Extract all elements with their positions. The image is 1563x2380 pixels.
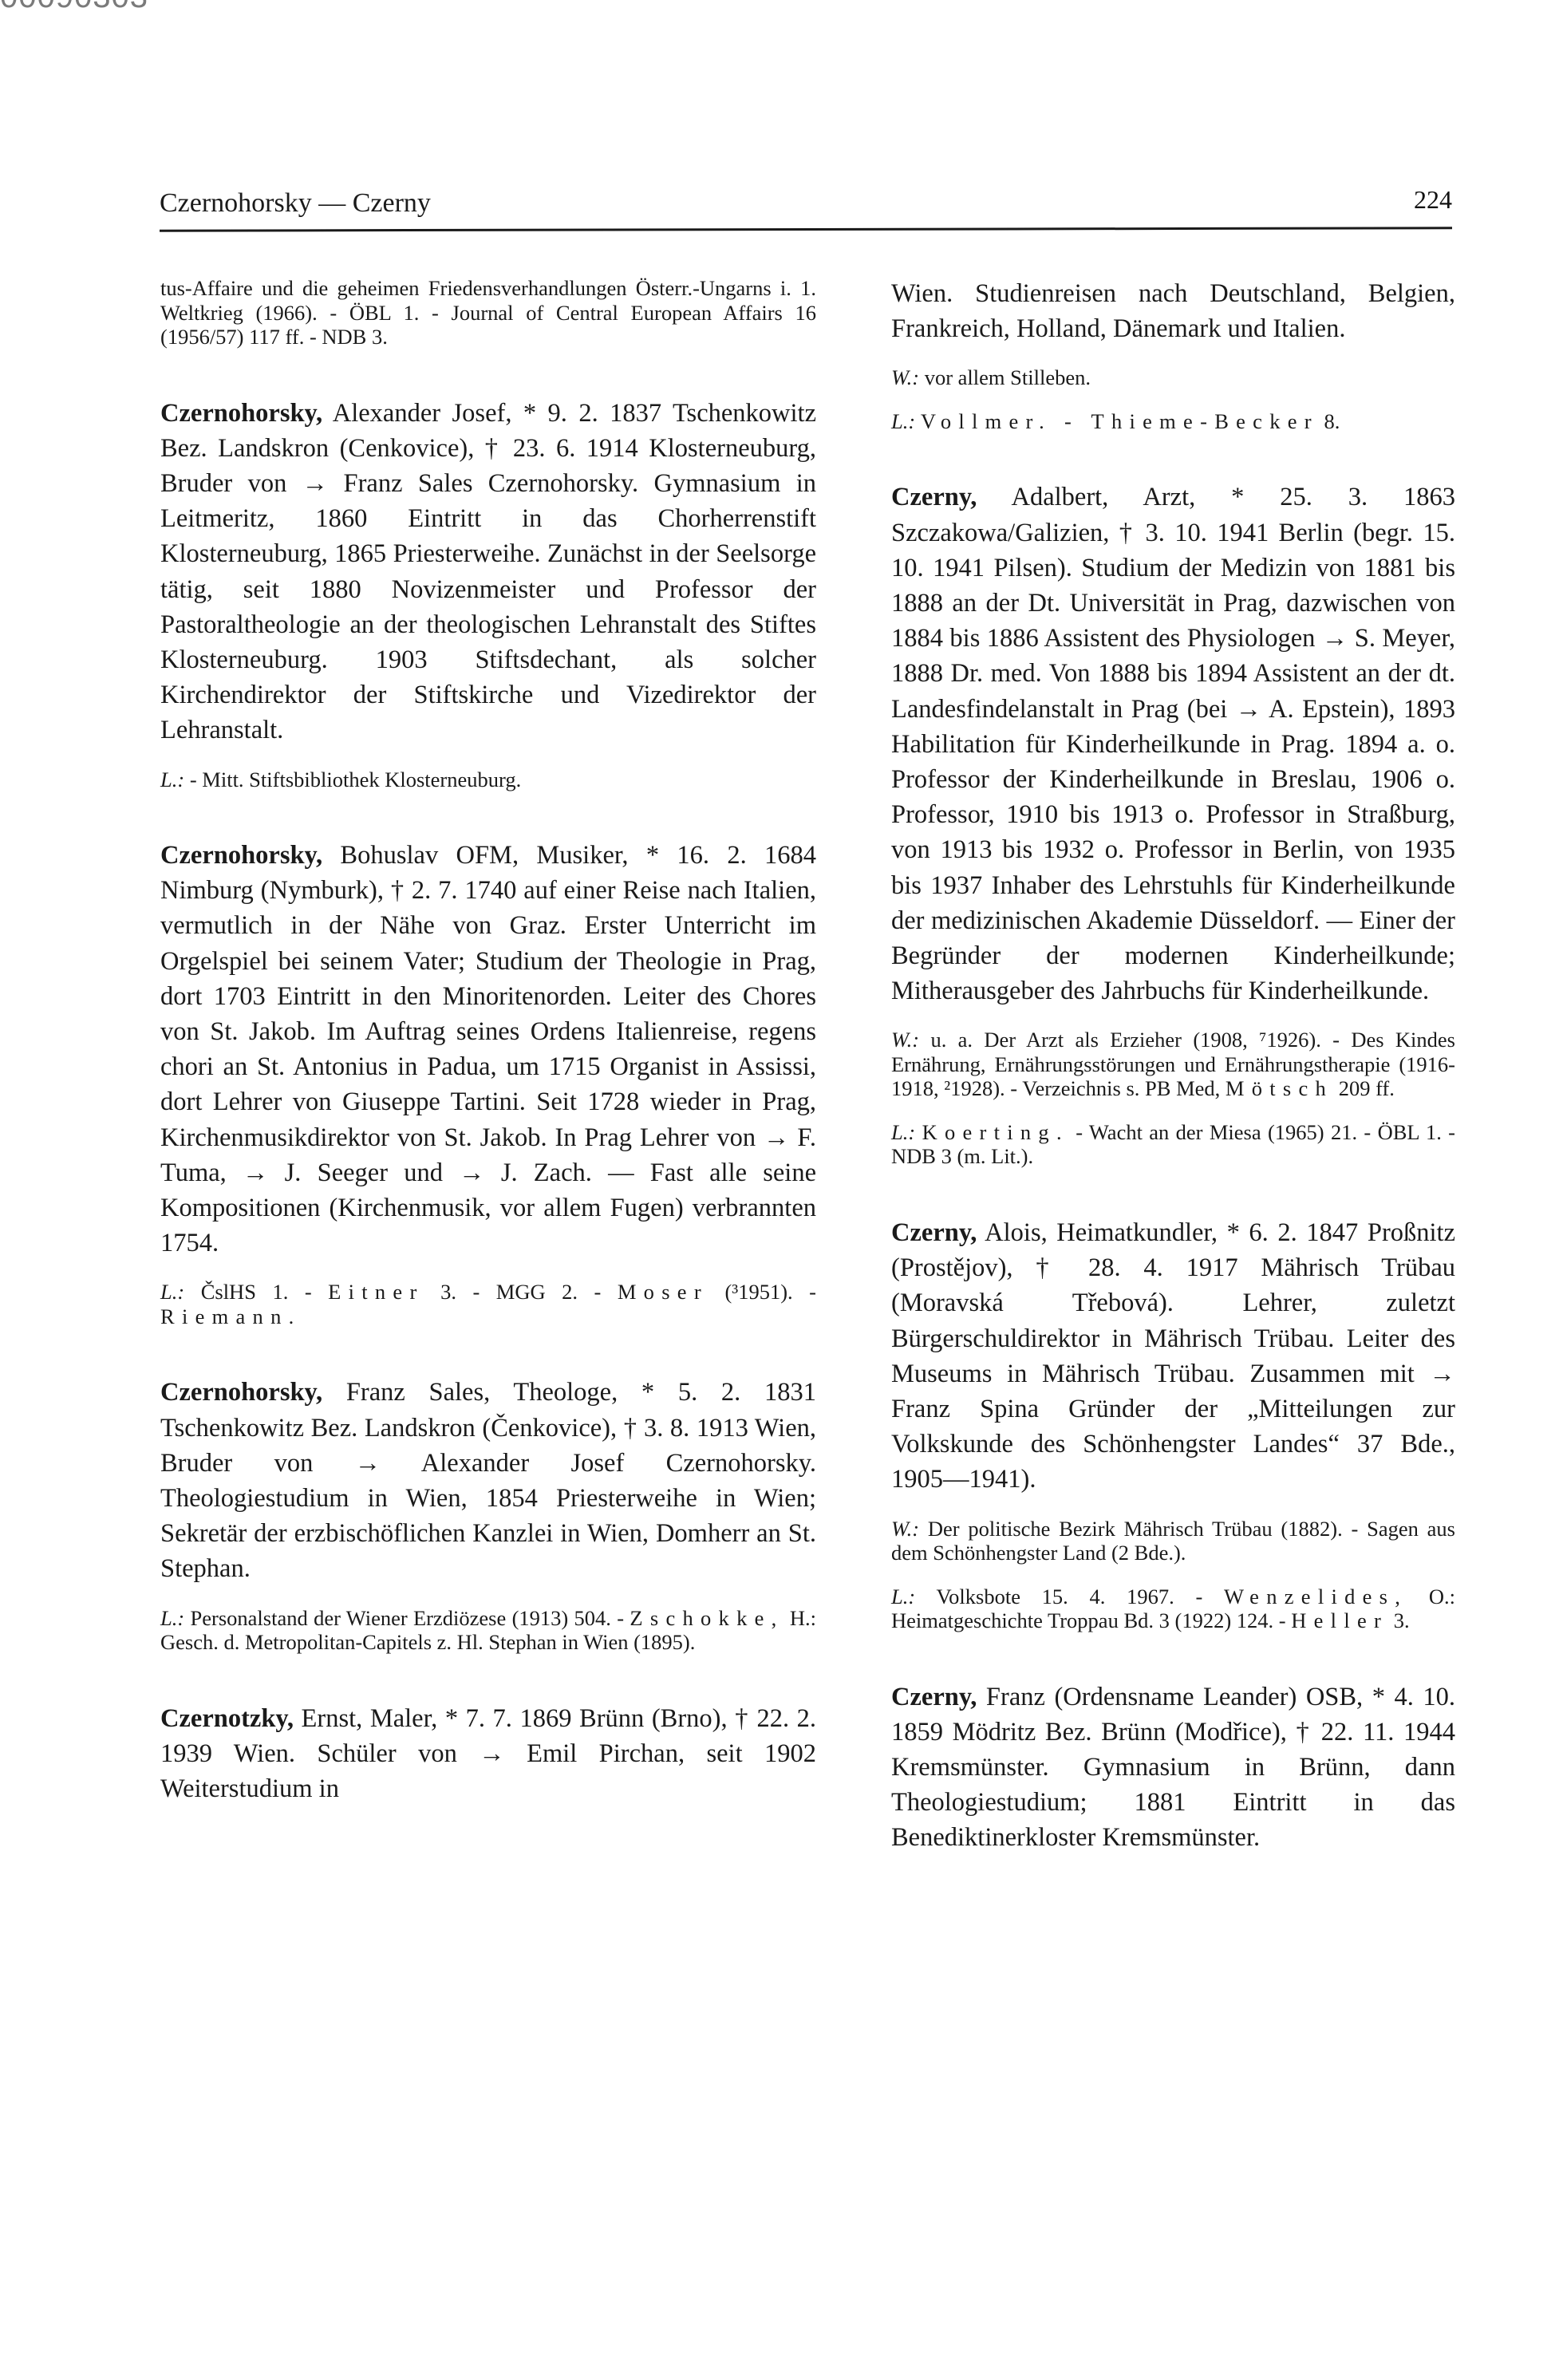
- entry-body: Franz (Ordensname Leander) OSB, * 4. 10.…: [891, 1683, 1455, 1853]
- entry-works: W.: Der politische Bezirk Mährisch Trüba…: [891, 1517, 1455, 1565]
- entry-literature: L.: ČslHS 1. - Eitner 3. - MGG 2. - Mose…: [160, 1280, 816, 1328]
- entry-literature: L.: Personalstand der Wiener Erzdiözese …: [160, 1606, 816, 1655]
- entry-lemma: Czernohorsky,: [160, 841, 322, 870]
- continuation-text: Wien. Studienreisen nach Deutschland, Be…: [891, 276, 1455, 346]
- lit-label: L.:: [891, 409, 915, 433]
- entry-body: Bohuslav OFM, Musiker, * 16. 2. 1684 Nim…: [160, 841, 816, 1257]
- entry-czernohorsky-alexander: Czernohorsky, Alexander Josef, * 9. 2. 1…: [160, 396, 816, 792]
- entry-body: Adalbert, Arzt, * 25. 3. 1863 Szczakowa/…: [891, 483, 1455, 1005]
- entry-body: Alois, Heimatkundler, * 6. 2. 1847 Proßn…: [891, 1218, 1455, 1494]
- entry-lemma: Czerny,: [891, 483, 977, 511]
- entry-czernotzky-continuation: Wien. Studienreisen nach Deutschland, Be…: [891, 276, 1455, 433]
- entry-czerny-adalbert: Czerny, Adalbert, Arzt, * 25. 3. 1863 Sz…: [891, 480, 1455, 1169]
- page-number: 224: [1414, 185, 1452, 215]
- scan-id-watermark: 00090303: [0, 0, 148, 15]
- entry-lemma: Czernohorsky,: [160, 399, 322, 428]
- entry-body: Alexander Josef, * 9. 2. 1837 Tschenkowi…: [160, 399, 816, 745]
- works-label: W.:: [891, 365, 919, 389]
- entry-lemma: Czernotzky,: [160, 1704, 294, 1733]
- entry-literature: L.: Volksbote 15. 4. 1967. - Wenzelides,…: [891, 1585, 1455, 1633]
- running-head-title: Czernohorsky — Czerny: [160, 188, 431, 219]
- entry-czerny-alois: Czerny, Alois, Heimatkundler, * 6. 2. 18…: [891, 1215, 1455, 1633]
- lit-label: L.:: [160, 1280, 184, 1304]
- entry-literature: L.: - Mitt. Stiftsbibliothek Klosterneub…: [160, 768, 816, 792]
- entry-czernohorsky-bohuslav: Czernohorsky, Bohuslav OFM, Musiker, * 1…: [160, 838, 816, 1328]
- lit-label: L.:: [891, 1120, 915, 1144]
- entry-czerny-franz: Czerny, Franz (Ordensname Leander) OSB, …: [891, 1679, 1455, 1856]
- entry-lemma: Czerny,: [891, 1683, 977, 1711]
- entry-lemma: Czerny,: [891, 1218, 977, 1247]
- running-head: Czernohorsky — Czerny 224: [160, 182, 1452, 230]
- continuation-text: tus-Affaire und die geheimen Friedensver…: [160, 276, 816, 349]
- works-label: W.:: [891, 1517, 919, 1541]
- entry-literature: L.: Vollmer. - Thieme-Becker 8.: [891, 409, 1455, 434]
- entry-body: Franz Sales, Theologe, * 5. 2. 1831 Tsch…: [160, 1378, 816, 1583]
- lit-label: L.:: [160, 768, 184, 791]
- entry-works: W.: vor allem Stilleben.: [891, 365, 1455, 390]
- entry-lemma: Czernohorsky,: [160, 1378, 322, 1407]
- lit-label: L.:: [160, 1606, 184, 1630]
- entry-czernohorsky-franz-sales: Czernohorsky, Franz Sales, Theologe, * 5…: [160, 1375, 816, 1654]
- entry-czernotzky-ernst: Czernotzky, Ernst, Maler, * 7. 7. 1869 B…: [160, 1701, 816, 1807]
- lit-label: L.:: [891, 1585, 915, 1608]
- works-label: W.:: [891, 1028, 919, 1052]
- entry-literature: L.: Koerting. - Wacht an der Miesa (1965…: [891, 1120, 1455, 1169]
- entry-works: W.: u. a. Der Arzt als Erzieher (1908, ⁷…: [891, 1028, 1455, 1101]
- left-column: tus-Affaire und die geheimen Friedensver…: [160, 276, 816, 1806]
- right-column: Wien. Studienreisen nach Deutschland, Be…: [891, 276, 1455, 1856]
